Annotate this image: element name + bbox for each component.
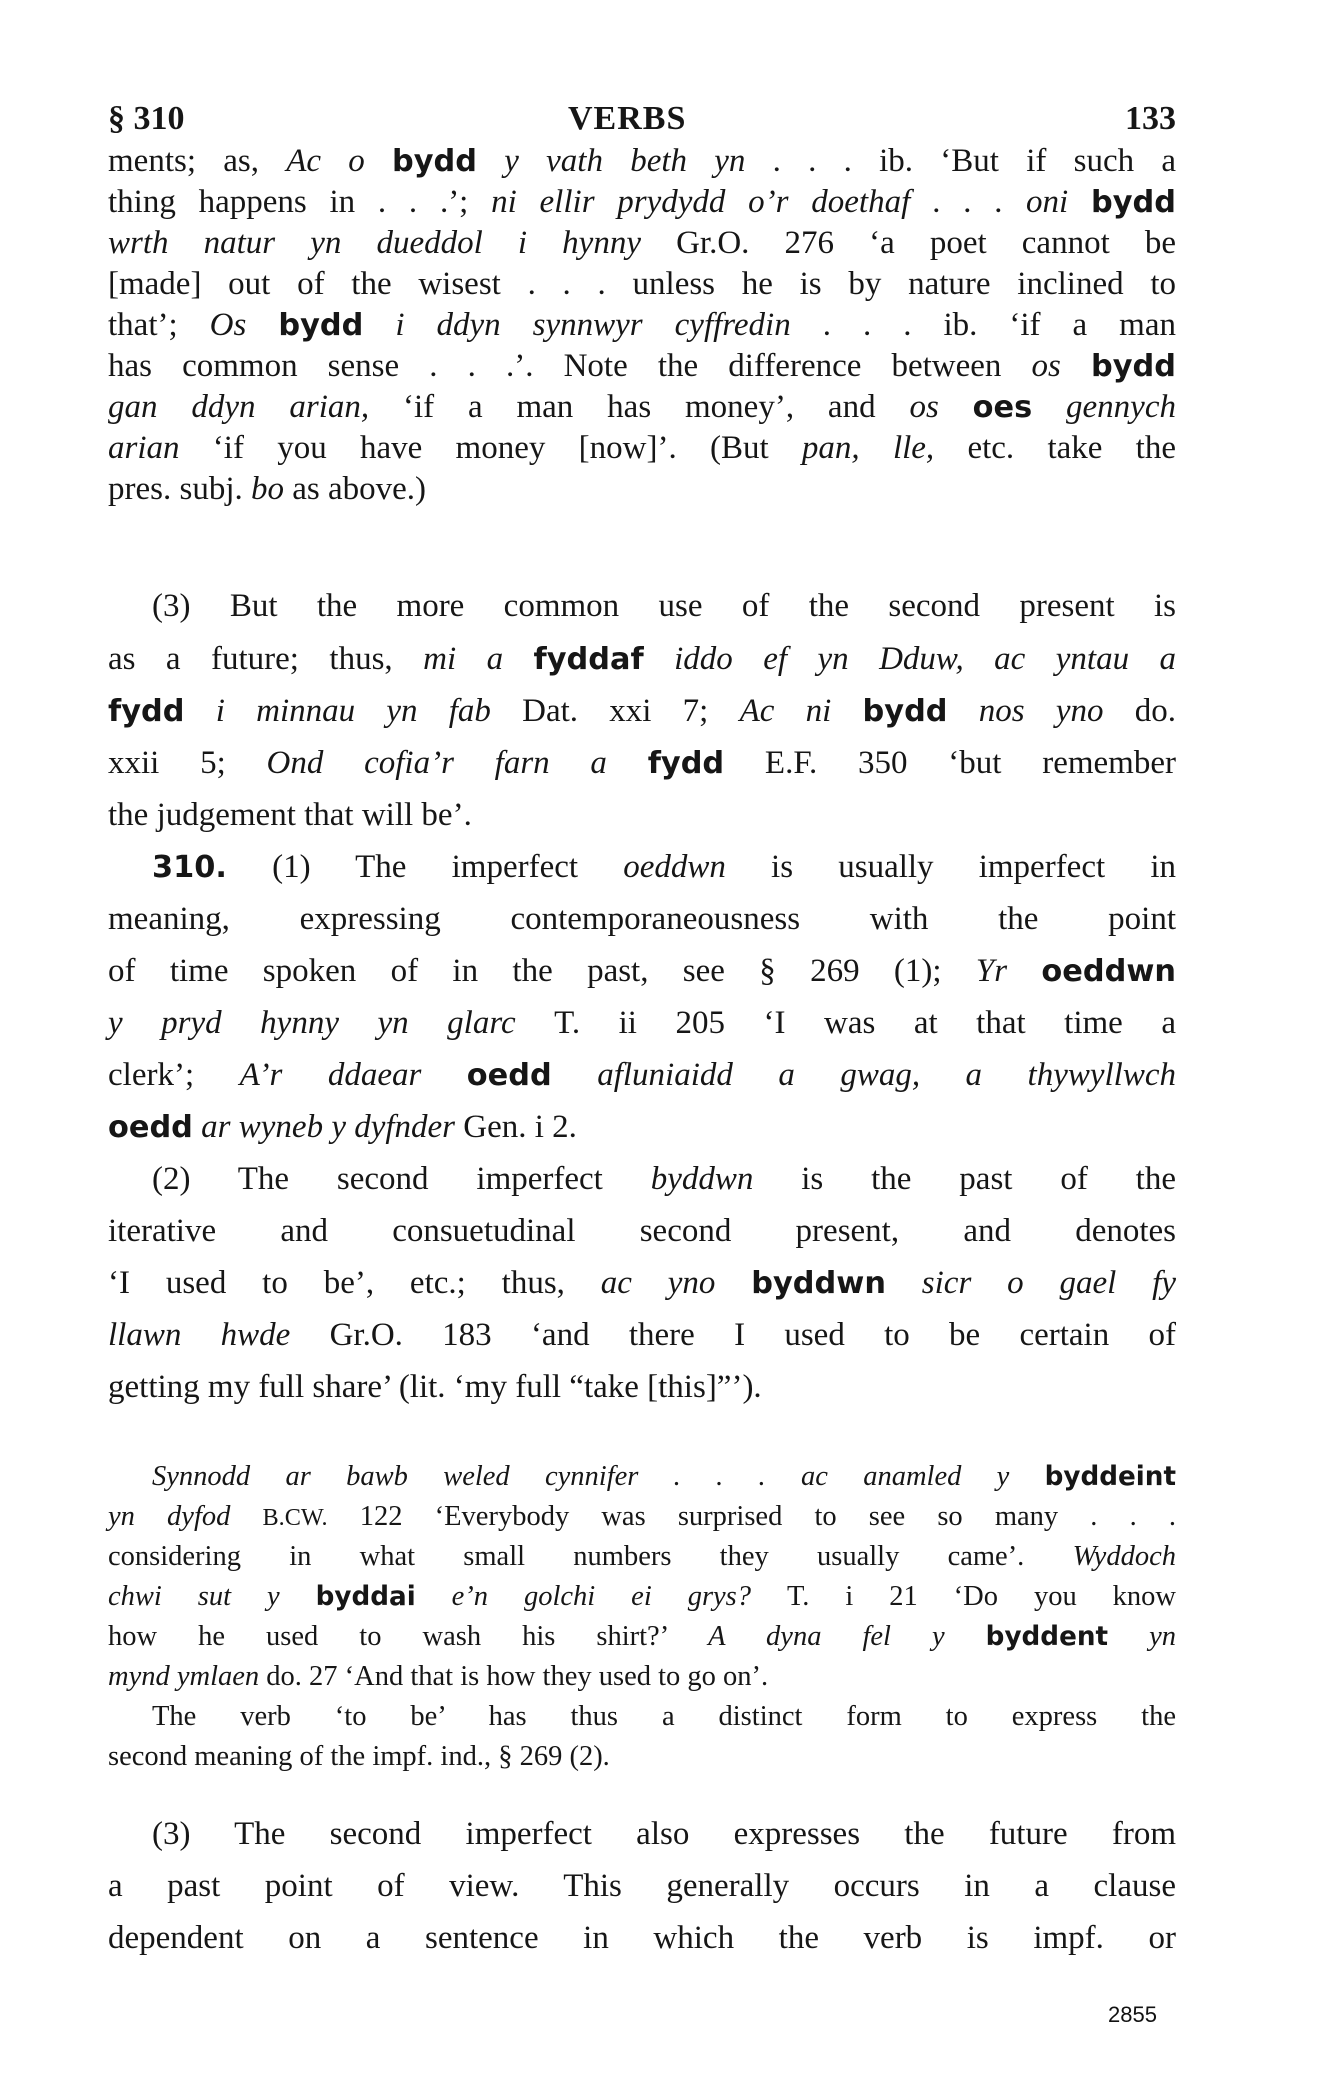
italic-welsh-text: ni ellir prydydd o’r doethaf . . . oni (491, 184, 1091, 220)
italic-welsh-text: Os (210, 307, 279, 343)
text-line: dependent on a sentence in which the ver… (108, 1919, 1176, 1957)
text-line: 310. (1) The imperfect oeddwn is usually… (108, 848, 1176, 887)
italic-welsh-text: sicr o gael fy (886, 1265, 1176, 1301)
scan-id: 2855 (1108, 2002, 1157, 2028)
text-line: (3) The second imperfect also expresses … (108, 1815, 1176, 1853)
italic-welsh-text: os (909, 389, 972, 425)
text-segment: the judgement that will be’. (108, 797, 472, 833)
text-line: The verb ‘to be’ has thus a distinct for… (108, 1700, 1176, 1734)
text-segment: ‘I used to be’, etc.; thus, (108, 1265, 601, 1301)
text-line: [made] out of the wisest . . . unless he… (108, 265, 1176, 303)
italic-welsh-text: llawn hwde (108, 1317, 330, 1353)
text-segment: (3) The second imperfect also expresses … (152, 1816, 1176, 1852)
text-segment: Gr.O. 276 ‘a poet cannot be (676, 225, 1176, 261)
page-number: 133 (1125, 100, 1176, 138)
italic-welsh-text: ar wyneb y dyfnder (193, 1109, 463, 1145)
text-segment: [made] out of the wisest . . . unless he… (108, 266, 1176, 302)
text-segment: dependent on a sentence in which the ver… (108, 1920, 1176, 1956)
text-line: pres. subj. bo as above.) (108, 470, 1176, 508)
text-line: oedd ar wyneb y dyfnder Gen. i 2. (108, 1108, 1176, 1147)
text-segment: . . . ib. ‘But if such a (745, 143, 1176, 179)
text-segment: Dat. xxi 7; (522, 693, 739, 729)
text-segment: is the past of the (753, 1161, 1176, 1197)
text-line: arian ‘if you have money [now]’. (But pa… (108, 429, 1176, 467)
text-line: how he used to wash his shirt?’ A dyna f… (108, 1620, 1176, 1654)
italic-welsh-text: Yr (976, 953, 1042, 989)
text-segment: a past point of view. This generally occ… (108, 1868, 1176, 1904)
text-line: Synnodd ar bawb weled cynnifer . . . ac … (108, 1460, 1176, 1494)
text-segment: (2) The second imperfect (152, 1161, 651, 1197)
text-segment: ments; as, (108, 143, 286, 179)
text-segment: how he used to wash his shirt?’ (108, 1621, 708, 1652)
italic-welsh-text: chwi sut y (108, 1581, 316, 1612)
italic-welsh-text: oeddwn (623, 849, 726, 885)
text-segment: has common sense . . .’. Note the differ… (108, 348, 1032, 384)
bold-verb-form: oeddwn (1041, 954, 1176, 989)
text-line: considering in what small numbers they u… (108, 1540, 1176, 1574)
text-line: wrth natur yn dueddol i hynny Gr.O. 276 … (108, 224, 1176, 262)
text-line: as a future; thus, mi a fyddaf iddo ef y… (108, 640, 1176, 679)
italic-welsh-text: wrth natur yn dueddol i hynny (108, 225, 676, 261)
bold-verb-form: 310. (152, 850, 227, 885)
text-line: second meaning of the impf. ind., § 269 … (108, 1740, 1176, 1774)
italic-welsh-text: gennych (1032, 389, 1176, 425)
text-line: of time spoken of in the past, see § 269… (108, 952, 1176, 991)
text-line: fydd i minnau yn fab Dat. xxi 7; Ac ni b… (108, 692, 1176, 731)
italic-welsh-text: gan ddyn arian, (108, 389, 403, 425)
text-line: the judgement that will be’. (108, 796, 1176, 834)
text-line: has common sense . . .’. Note the differ… (108, 347, 1176, 386)
italic-welsh-text: Synnodd ar bawb weled cynnifer . . . ac … (152, 1461, 1045, 1492)
text-line: ments; as, Ac o bydd y vath beth yn . . … (108, 142, 1176, 181)
text-line: (3) But the more common use of the secon… (108, 587, 1176, 625)
italic-welsh-text: os (1032, 348, 1091, 384)
bold-verb-form: byddwn (751, 1266, 886, 1301)
text-line: that’; Os bydd i ddyn synnwyr cyffredin … (108, 306, 1176, 345)
bold-verb-form: byddai (316, 1582, 416, 1612)
bold-verb-form: bydd (392, 144, 477, 179)
italic-welsh-text: A’r ddaear (240, 1057, 467, 1093)
text-line: a past point of view. This generally occ… (108, 1867, 1176, 1905)
bold-verb-form: fydd (108, 694, 184, 729)
italic-welsh-text: afluniaidd a gwag, a thywyllwch (552, 1057, 1176, 1093)
text-line: y pryd hynny yn glarc T. ii 205 ‘I was a… (108, 1004, 1176, 1042)
text-line: xxii 5; Ond cofia’r farn a fydd E.F. 350… (108, 744, 1176, 783)
text-segment: Gen. i 2. (463, 1109, 577, 1145)
text-segment: that’; (108, 307, 210, 343)
bold-verb-form: fyddaf (534, 642, 644, 677)
italic-welsh-text: Ac o (286, 143, 392, 179)
text-segment: xxii 5; (108, 745, 267, 781)
text-segment: etc. take the (934, 430, 1176, 466)
text-line: gan ddyn arian, ‘if a man has money’, an… (108, 388, 1176, 427)
text-segment: The verb ‘to be’ has thus a distinct for… (152, 1701, 1176, 1732)
italic-welsh-text: y vath beth yn (477, 143, 745, 179)
italic-welsh-text: nos yno (948, 693, 1135, 729)
text-segment: B.CW. (263, 1504, 328, 1531)
bold-verb-form: fydd (648, 746, 724, 781)
italic-welsh-text: e’n golchi ei grys? (416, 1581, 787, 1612)
text-line: thing happens in . . .’; ni ellir prydyd… (108, 183, 1176, 222)
text-segment: do. 27 ‘And that is how they used to go … (266, 1661, 768, 1692)
bold-verb-form: bydd (1091, 349, 1176, 384)
text-segment: as a future; thus, (108, 641, 423, 677)
bold-verb-form: bydd (863, 694, 948, 729)
text-segment: is usually imperfect in (726, 849, 1176, 885)
bold-verb-form: oedd (467, 1058, 552, 1093)
text-segment: second meaning of the impf. ind., § 269 … (108, 1741, 610, 1772)
italic-welsh-text: iddo ef yn Dduw, ac yntau a (644, 641, 1176, 677)
italic-welsh-text: pan, lle, (802, 430, 934, 466)
bold-verb-form: byddent (986, 1622, 1108, 1652)
italic-welsh-text: Wyddoch (1073, 1541, 1176, 1572)
running-header: § 310 VERBS 133 (108, 100, 1176, 140)
text-segment: getting my full share’ (lit. ‘my full “t… (108, 1369, 762, 1405)
text-segment: ‘if you have money [now]’. (But (213, 430, 802, 466)
text-segment: of time spoken of in the past, see § 269… (108, 953, 976, 989)
text-segment: (3) But the more common use of the secon… (152, 588, 1176, 624)
text-segment: 122 ‘Everybody was surprised to see so m… (328, 1501, 1176, 1532)
text-line: (2) The second imperfect byddwn is the p… (108, 1160, 1176, 1198)
text-segment: do. (1135, 693, 1176, 729)
bold-verb-form: bydd (1091, 185, 1176, 220)
text-segment: T. ii 205 ‘I was at that time a (554, 1005, 1176, 1041)
italic-welsh-text: byddwn (651, 1161, 754, 1197)
text-line: yn dyfod B.CW. 122 ‘Everybody was surpri… (108, 1500, 1176, 1535)
italic-welsh-text: i ddyn synnwyr cyffredin (363, 307, 790, 343)
italic-welsh-text: yn (1108, 1621, 1176, 1652)
italic-welsh-text: A dyna fel y (708, 1621, 986, 1652)
text-line: llawn hwde Gr.O. 183 ‘and there I used t… (108, 1316, 1176, 1354)
bold-verb-form: oedd (108, 1110, 193, 1145)
header-section-ref: § 310 (108, 100, 185, 138)
header-title: VERBS (568, 100, 686, 138)
italic-welsh-text: mynd ymlaen (108, 1661, 266, 1692)
text-segment: meaning, expressing contemporaneousness … (108, 901, 1176, 937)
text-line: mynd ymlaen do. 27 ‘And that is how they… (108, 1660, 1176, 1694)
text-line: getting my full share’ (lit. ‘my full “t… (108, 1368, 1176, 1406)
text-segment: as above.) (284, 471, 426, 507)
text-segment: thing happens in . . .’; (108, 184, 491, 220)
italic-welsh-text: yn dyfod (108, 1501, 263, 1532)
italic-welsh-text: y pryd hynny yn glarc (108, 1005, 554, 1041)
italic-welsh-text: mi a (423, 641, 533, 677)
italic-welsh-text: Ac ni (740, 693, 863, 729)
bold-verb-form: oes (973, 390, 1033, 425)
text-segment: ‘if a man has money’, and (403, 389, 909, 425)
text-segment: Gr.O. 183 ‘and there I used to be certai… (330, 1317, 1176, 1353)
text-line: meaning, expressing contemporaneousness … (108, 900, 1176, 938)
text-line: chwi sut y byddai e’n golchi ei grys? T.… (108, 1580, 1176, 1614)
text-segment: T. i 21 ‘Do you know (787, 1581, 1176, 1612)
text-segment: clerk’; (108, 1057, 240, 1093)
italic-welsh-text: i minnau yn fab (184, 693, 522, 729)
text-segment: E.F. 350 ‘but remember (724, 745, 1176, 781)
bold-verb-form: byddeint (1045, 1462, 1176, 1492)
text-segment: (1) The imperfect (227, 849, 623, 885)
italic-welsh-text: bo (251, 471, 284, 507)
text-line: iterative and consuetudinal second prese… (108, 1212, 1176, 1250)
text-segment: iterative and consuetudinal second prese… (108, 1213, 1176, 1249)
text-segment: considering in what small numbers they u… (108, 1541, 1073, 1572)
text-segment: pres. subj. (108, 471, 251, 507)
bold-verb-form: bydd (278, 308, 363, 343)
book-page: § 310 VERBS 133 ments; as, Ac o bydd y v… (0, 0, 1332, 2079)
text-line: clerk’; A’r ddaear oedd afluniaidd a gwa… (108, 1056, 1176, 1095)
italic-welsh-text: ac yno (601, 1265, 752, 1301)
italic-welsh-text: Ond cofia’r farn a (267, 745, 648, 781)
text-line: ‘I used to be’, etc.; thus, ac yno byddw… (108, 1264, 1176, 1303)
text-segment: . . . ib. ‘if a man (791, 307, 1176, 343)
italic-welsh-text: arian (108, 430, 213, 466)
